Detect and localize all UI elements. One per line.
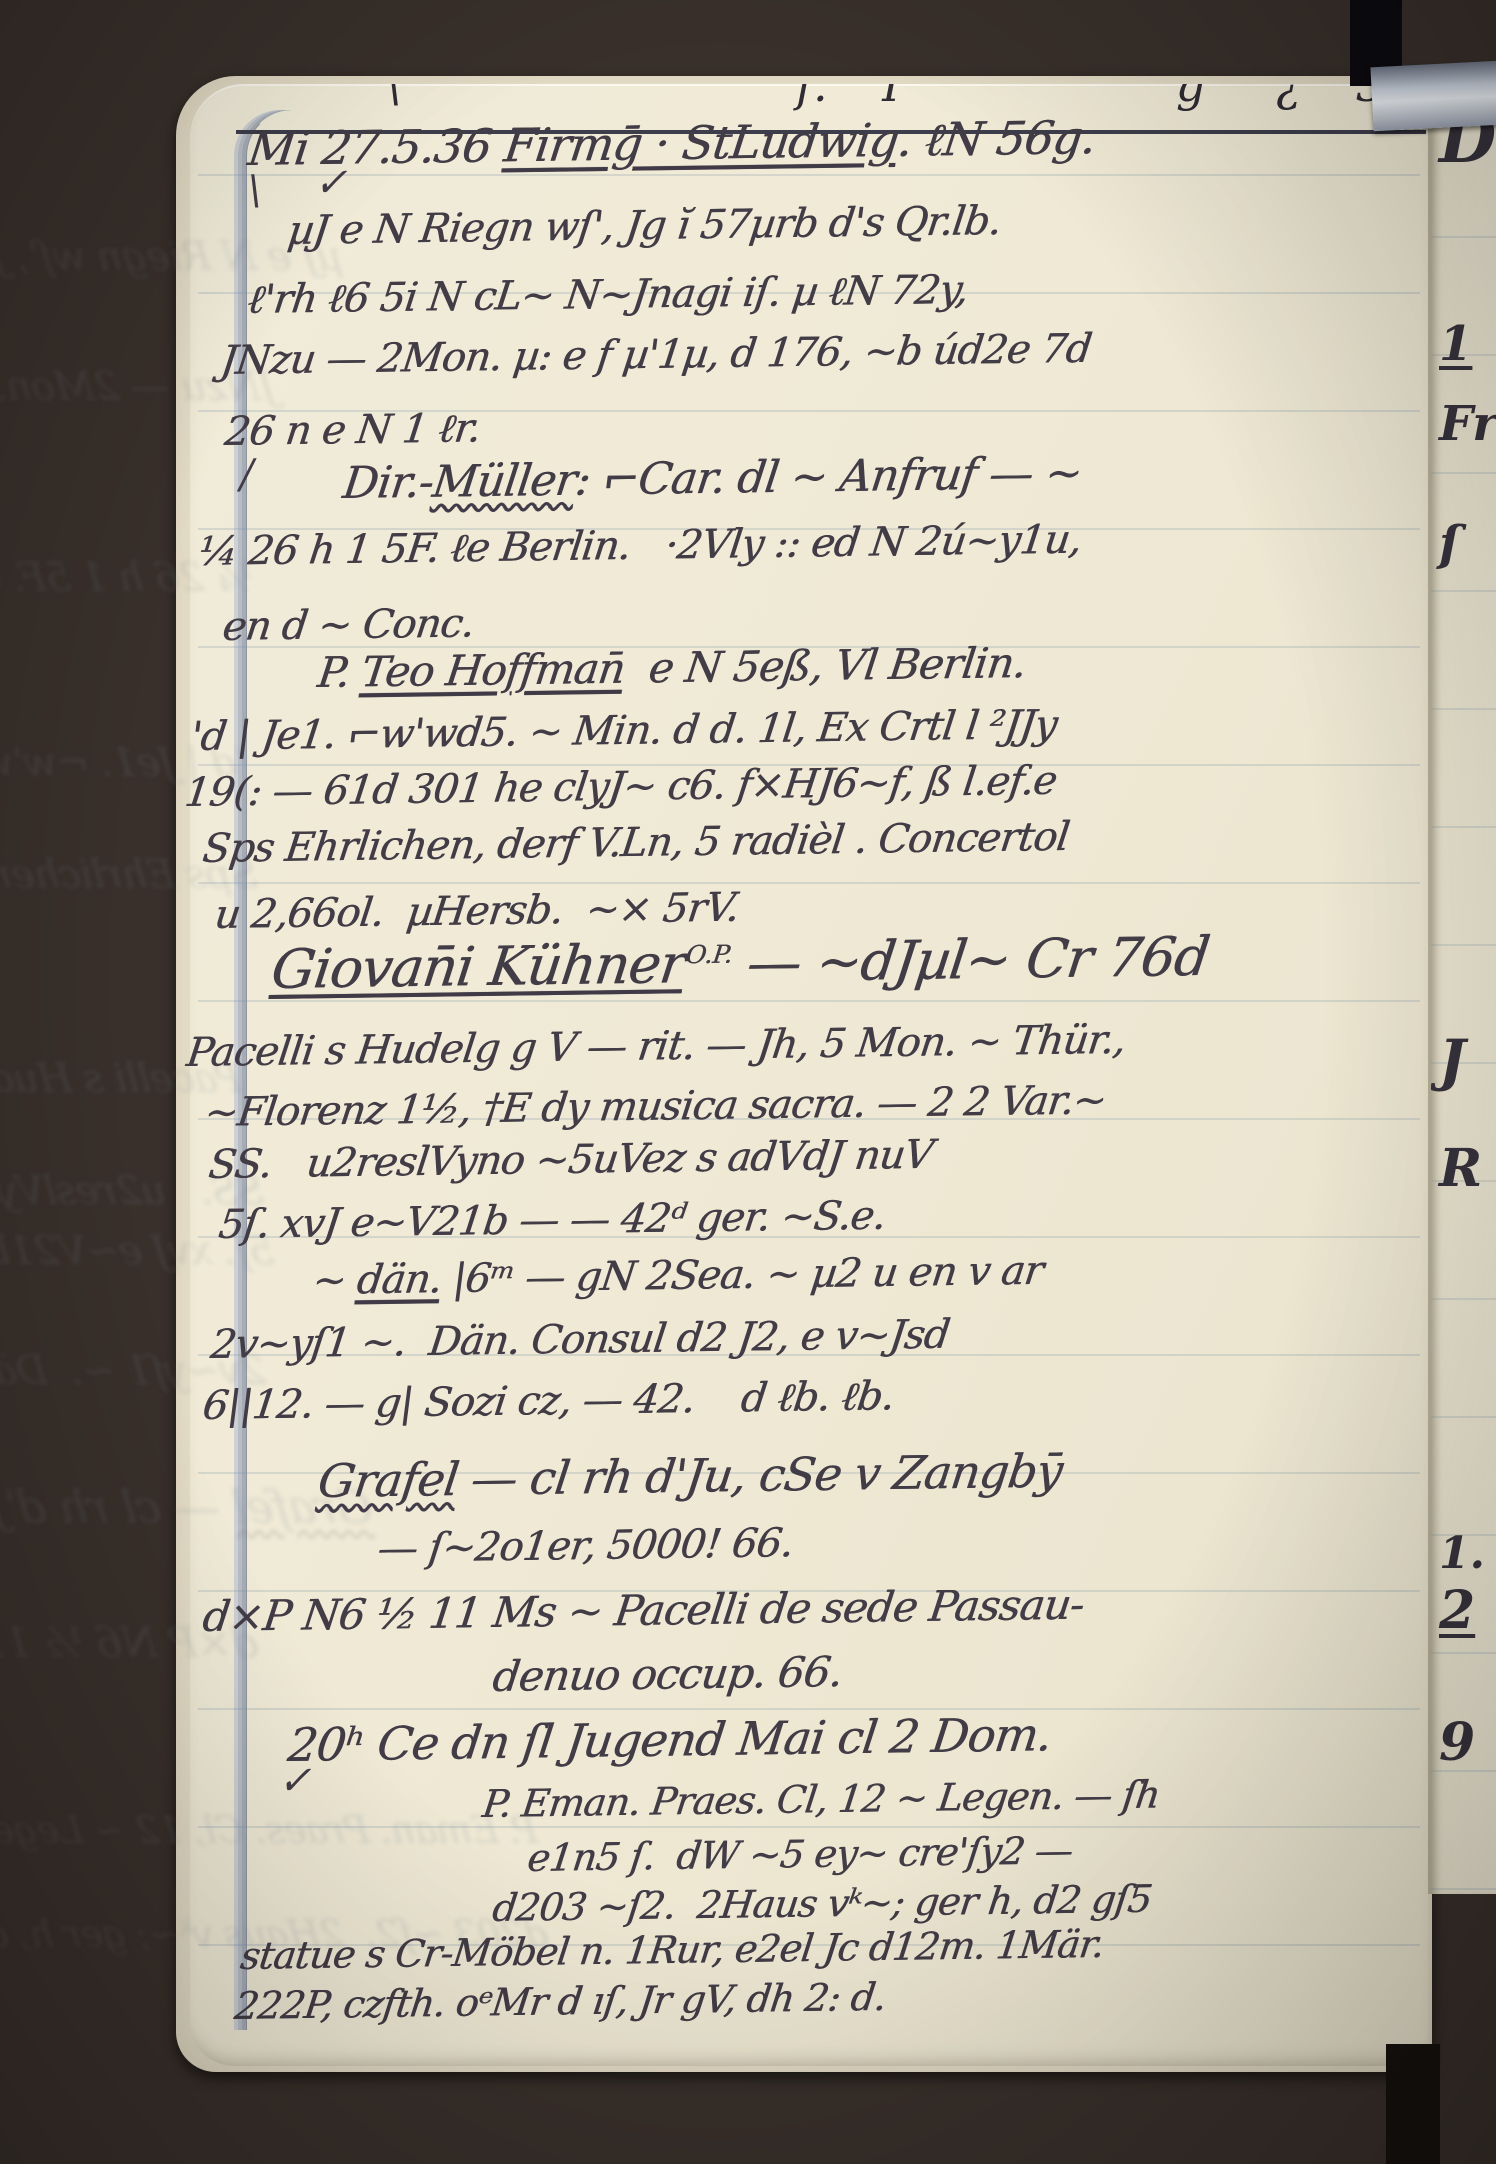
- handwriting-line: ℓ'rh ℓ6 5i N cL~ N~Jnagi iſ. µ ℓN 72y,: [245, 266, 971, 323]
- handwriting-text: Sps Ehrlichen, derf V.Ln, 5 radièl . Con…: [200, 814, 1071, 872]
- handwriting-text: SS. u2reslVyno ~5uVez s adVdJ nuV: [206, 1132, 935, 1188]
- handwriting-line: JNzu — 2Mon. µ: e f µ'1µ, d 176, ~b úd2e…: [218, 326, 1094, 384]
- notebook-page: µJ e N Riegn wſ', Jg ĭ 57µrb d's Qr.lb.J…: [190, 84, 1428, 2066]
- margin-tick: \: [248, 168, 261, 214]
- handwriting-line: 222P, czfth. oᵉMr d ıſ, Jr gV, dh 2: d.: [232, 1975, 888, 2028]
- facing-page-letter-fragment: J: [1439, 1028, 1466, 1094]
- handwriting-line: 20ʰ Ce dn ſl Jugend Mai cl 2 Dom.: [285, 1707, 1055, 1772]
- handwriting-text: e N 5eß, Vl Berlin.: [621, 638, 1028, 693]
- handwriting-text: d×P N6 ½ 11 Ms ~ Pacelli de sede Passau-: [200, 1580, 1086, 1641]
- handwriting-line: denuo occup. 66.: [490, 1647, 845, 1701]
- underlined-handwriting: Grafel: [315, 1452, 461, 1508]
- facing-page-sliver: D1FrſJR1.29: [1428, 118, 1496, 1894]
- handwriting-text: O.P.: [684, 940, 734, 970]
- handwriting-text: ¼ 26 h 1 5F. ℓe Berlin. ·2Vly :: ed N 2ú…: [196, 517, 1084, 575]
- handwriting-line: 6||12. — g| Sozi cz, — 42. d ℓb. ℓb.: [200, 1372, 897, 1429]
- facing-page-letter-fragment: R: [1439, 1138, 1482, 1199]
- handwriting-text: 19(: — 61d 301 he clyJ~ c6. f×HJ6~f, ß l…: [182, 758, 1059, 816]
- handwriting-line: e1n5 ſ. dW ~5 ey~ cre'ſy2 —: [525, 1828, 1075, 1880]
- handwriting-text: 6||12. — g| Sozi cz, — 42. d ℓb. ℓb.: [200, 1373, 897, 1429]
- handwriting-text: Dir.-: [340, 457, 436, 509]
- underlined-handwriting: Firmḡ · StLudwig: [501, 113, 901, 172]
- handwriting-text: . ℓN 56g.: [895, 110, 1099, 167]
- handwriting-text: — ~dJµl~ Cr 76d: [727, 925, 1212, 995]
- handwriting-line: SS. u2reslVyno ~5uVez s adVdJ nuV: [206, 1132, 935, 1188]
- handwriting-line: ~ dän. |6ᵐ — gN 2Sea. ~ µ2 u en v ar: [310, 1248, 1045, 1304]
- checkmark-annotation: ✓: [278, 1758, 312, 1804]
- handwriting-line: Dir.-Müller: ⌐Car. dl ~ Anfruf — ~: [340, 448, 1085, 509]
- handwriting-text: 20ʰ Ce dn ſl Jugend Mai cl 2 Dom.: [285, 1707, 1055, 1772]
- handwriting-line: 26 n e N 1 ℓr.: [222, 404, 483, 455]
- underlined-handwriting: dän.: [354, 1256, 444, 1303]
- handwriting-text: ℓ'rh ℓ6 5i N cL~ N~Jnagi iſ. µ ℓN 72y,: [245, 267, 970, 323]
- facing-page-letter-fragment: 9: [1439, 1712, 1475, 1773]
- handwriting-text: 222P, czfth. oᵉMr d ıſ, Jr gV, dh 2: d.: [232, 1975, 888, 2028]
- margin-tick: /: [240, 452, 253, 498]
- handwriting-layer: Mi 27.5.36 Firmḡ · StLudwig. ℓN 56g.µJ e…: [190, 86, 1428, 2066]
- handwriting-line: Giovan̄i KühnerO.P. — ~dJµl~ Cr 76d: [268, 925, 1212, 1001]
- handwriting-line: ¼ 26 h 1 5F. ℓe Berlin. ·2Vly :: ed N 2ú…: [196, 516, 1084, 575]
- facing-page-letter-fragment: 2: [1439, 1580, 1475, 1641]
- book-spine-edge-bottom: [1386, 2044, 1440, 2164]
- page-edge-gloss: [1370, 61, 1496, 132]
- handwriting-text: JNzu — 2Mon. µ: e f µ'1µ, d 176, ~b úd2e…: [218, 326, 1094, 384]
- handwriting-text: ~: [310, 1257, 360, 1304]
- handwriting-line: u 2,66ol. µHersb. ~× 5rV.: [212, 885, 741, 938]
- handwriting-line: P. Teo Hoffman̄ e N 5eß, Vl Berlin.: [315, 638, 1029, 697]
- underlined-handwriting: Giovan̄i Kühner: [268, 932, 689, 1001]
- handwriting-text: Pacelli s Hudelg g V — rit. — Jh, 5 Mon.…: [184, 1017, 1128, 1076]
- handwriting-line: 2v~yſ1 ~. Dän. Consul d2 J2, e v~Jsd: [208, 1312, 952, 1368]
- handwriting-text: P. Eman. Praes. Cl, 12 ~ Legen. — ſh: [480, 1773, 1162, 1826]
- facing-page-letter-fragment: 1: [1439, 316, 1472, 372]
- handwriting-line: µJ e N Riegn wſ', Jg ĭ 57µrb d's Qr.lb.: [285, 198, 1004, 254]
- handwriting-line: 'd | Je1. ⌐w'wd5. ~ Min. d d. 1l, Ex Crt…: [188, 702, 1059, 760]
- facing-page-letter-fragment: 1.: [1439, 1528, 1485, 1579]
- handwriting-text: u 2,66ol. µHersb. ~× 5rV.: [212, 885, 741, 938]
- handwriting-line: Sps Ehrlichen, derf V.Ln, 5 radièl . Con…: [200, 814, 1071, 872]
- handwriting-line: Mi 27.5.36 Firmḡ · StLudwig. ℓN 56g.: [245, 110, 1099, 176]
- underlined-handwriting: Teo Hoffman̄: [359, 644, 628, 697]
- handwriting-line: Grafel — cl rh d'Ju, cSe v Zangbȳ: [315, 1444, 1065, 1508]
- handwriting-text: e1n5 ſ. dW ~5 ey~ cre'ſy2 —: [525, 1828, 1075, 1880]
- handwriting-line: d×P N6 ½ 11 Ms ~ Pacelli de sede Passau-: [200, 1580, 1086, 1641]
- facing-page-letter-fragment: Fr: [1439, 396, 1496, 452]
- photo-background: µJ e N Riegn wſ', Jg ĭ 57µrb d's Qr.lb.J…: [0, 0, 1496, 2164]
- handwriting-text: — ſ~2o1er, 5000! 66.: [375, 1520, 796, 1572]
- handwriting-line: Pacelli s Hudelg g V — rit. — Jh, 5 Mon.…: [184, 1017, 1128, 1076]
- handwriting-line: — ſ~2o1er, 5000! 66.: [375, 1520, 796, 1572]
- handwriting-text: Mi 27.5.36: [245, 118, 508, 176]
- underlined-handwriting: Müller: [430, 455, 579, 508]
- handwriting-text: |6ᵐ — gN 2Sea. ~ µ2 u en v ar: [438, 1248, 1045, 1302]
- handwriting-text: 2v~yſ1 ~. Dän. Consul d2 J2, e v~Jsd: [208, 1312, 952, 1368]
- handwriting-text: µJ e N Riegn wſ', Jg ĭ 57µrb d's Qr.lb.: [285, 198, 1004, 254]
- handwriting-text: 26 n e N 1 ℓr.: [222, 405, 483, 455]
- handwriting-text: 5ſ. xvJ e~V21b — — 42ᵈ ger. ~S.e.: [216, 1193, 888, 1248]
- handwriting-line: 19(: — 61d 301 he clyJ~ c6. f×HJ6~f, ß l…: [182, 758, 1059, 816]
- handwriting-line: P. Eman. Praes. Cl, 12 ~ Legen. — ſh: [480, 1773, 1162, 1826]
- handwriting-line: ~Florenz 1½, †E dy musica sacra. — 2 2 V…: [202, 1077, 1109, 1136]
- handwriting-text: denuo occup. 66.: [490, 1647, 845, 1701]
- handwriting-text: ~Florenz 1½, †E dy musica sacra. — 2 2 V…: [202, 1077, 1109, 1136]
- handwriting-line: statue s Cr-Möbel n. 1Rur, e2el Jc d12m.…: [238, 1922, 1106, 1978]
- handwriting-line: 5ſ. xvJ e~V21b — — 42ᵈ ger. ~S.e.: [216, 1193, 888, 1248]
- handwriting-text: en d ~ Conc.: [220, 601, 477, 650]
- handwriting-line: en d ~ Conc.: [220, 601, 477, 650]
- handwriting-text: P.: [315, 647, 365, 697]
- handwriting-text: statue s Cr-Möbel n. 1Rur, e2el Jc d12m.…: [238, 1922, 1106, 1978]
- checkmark-annotation: ✓: [314, 160, 348, 206]
- handwriting-text: : ⌐Car. dl ~ Anfruf — ~: [572, 448, 1084, 506]
- facing-page-letter-fragment: ſ: [1439, 516, 1460, 572]
- handwriting-text: — cl rh d'Ju, cSe v Zangbȳ: [454, 1444, 1065, 1506]
- handwriting-text: 'd | Je1. ⌐w'wd5. ~ Min. d d. 1l, Ex Crt…: [188, 702, 1059, 760]
